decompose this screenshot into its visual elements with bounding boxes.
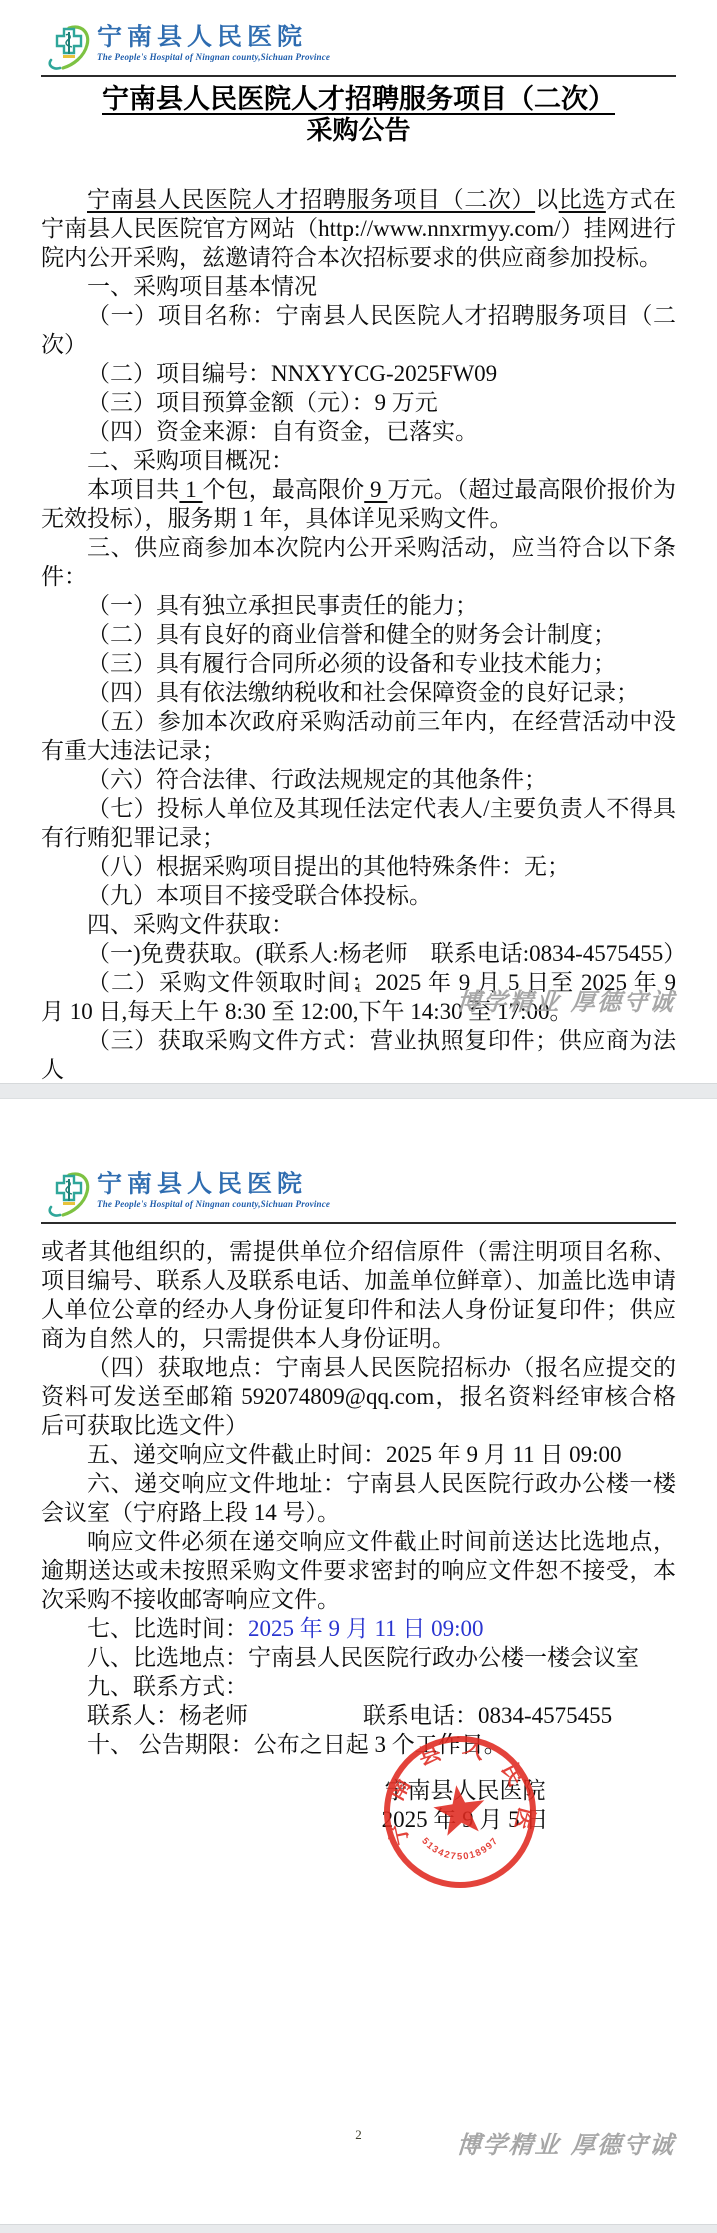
- section3-item: （一）具有独立承担民事责任的能力；: [41, 591, 676, 620]
- section8-heading: 八、比选地点：宁南县人民医院行政办公楼一楼会议室: [41, 1643, 676, 1672]
- page1-body: 宁南县人民医院人才招聘服务项目（二次）以比选方式在宁南县人民医院官方网站（htt…: [41, 185, 676, 1083]
- section3-heading: 三、供应商参加本次院内公开采购活动，应当符合以下条件：: [41, 533, 676, 591]
- section3-item: （九）本项目不接受联合体投标。: [41, 881, 676, 910]
- section2-heading: 二、采购项目概况：: [41, 446, 676, 475]
- official-seal-stamp: 宁南县人民医院 5134275018997: [380, 1732, 540, 1892]
- page2-body: 或者其他组织的，需提供单位介绍信原件（需注明项目名称、项目编号、联系人及联系电话…: [41, 1237, 676, 1759]
- footer-watermark: 博学精业 厚德守诚: [455, 2125, 676, 2160]
- hospital-logo: 宁南县人民医院 The People's Hospital of Ningnan…: [41, 24, 330, 72]
- bid-selection-datetime: 2025 年 9 月 11 日 09:00: [248, 1616, 484, 1641]
- seal-star-icon: [431, 1782, 489, 1837]
- svg-text:5134275018997: 5134275018997: [418, 1826, 503, 1868]
- section3-item: （三）具有履行合同所必须的设备和专业技术能力；: [41, 649, 676, 678]
- page-header: 宁南县人民医院 The People's Hospital of Ningnan…: [41, 0, 676, 77]
- section2-overview: 本项目共 1 个包，最高限价 9 万元。（超过最高限价报价为无效投标），服务期 …: [41, 475, 676, 533]
- hospital-name-cn: 宁南县人民医院: [97, 1172, 330, 1196]
- document-page-1: 宁南县人民医院 The People's Hospital of Ningnan…: [0, 0, 717, 1083]
- section3-item: （四）具有依法缴纳税收和社会保障资金的良好记录；: [41, 678, 676, 707]
- viewport-bottom-band: [0, 2224, 717, 2233]
- section1-item: （二）项目编号：NNXYYCG-2025FW09: [41, 359, 676, 388]
- intro-paragraph: 宁南县人民医院人才招聘服务项目（二次）以比选方式在宁南县人民医院官方网站（htt…: [41, 185, 676, 272]
- section4-item: （三）获取采购文件方式：营业执照复印件；供应商为法人: [41, 1026, 676, 1083]
- section3-item: （二）具有良好的商业信誉和健全的财务会计制度；: [41, 620, 676, 649]
- contact-line: 联系人：杨老师 联系电话：0834-4575455: [41, 1701, 676, 1730]
- section4-item: （四）获取地点：宁南县人民医院招标办（报名应提交的资料可发送至邮箱 592074…: [41, 1353, 676, 1440]
- section1-item: （一）项目名称：宁南县人民医院人才招聘服务项目（二次）: [41, 301, 676, 359]
- document-title: 宁南县人民医院人才招聘服务项目（二次）: [41, 84, 676, 114]
- section3-item: （六）符合法律、行政法规规定的其他条件；: [41, 765, 676, 794]
- hospital-name-en: The People's Hospital of Ningnan county,…: [97, 53, 330, 62]
- section3-item: （七）投标人单位及其现任法定代表人/主要负责人不得具有行贿犯罪记录；: [41, 794, 676, 852]
- continuation-paragraph: 或者其他组织的，需提供单位介绍信原件（需注明项目名称、项目编号、联系人及联系电话…: [41, 1237, 676, 1353]
- hospital-logo-icon: [41, 1171, 91, 1219]
- seal-digits: 5134275018997: [418, 1826, 503, 1868]
- page-separator: [0, 1083, 717, 1099]
- hospital-logo-text: 宁南县人民医院 The People's Hospital of Ningnan…: [97, 24, 330, 62]
- document-page-2: 宁南县人民医院 The People's Hospital of Ningnan…: [0, 1099, 717, 2224]
- section3-item: （五）参加本次政府采购活动前三年内，在经营活动中没有重大违法记录；: [41, 707, 676, 765]
- document-subtitle: 采购公告: [41, 117, 676, 145]
- deadline-note: 响应文件必须在递交响应文件截止时间前送达比选地点，逾期送达或未按照采购文件要求密…: [41, 1527, 676, 1614]
- section7-heading: 七、比选时间：2025 年 9 月 11 日 09:00: [41, 1614, 676, 1643]
- hospital-logo-text: 宁南县人民医院 The People's Hospital of Ningnan…: [97, 1171, 330, 1209]
- section1-item: （三）项目预算金额（元）：9 万元: [41, 388, 676, 417]
- section4-heading: 四、采购文件获取：: [41, 910, 676, 939]
- section10-heading: 十、 公告期限：公布之日起 3 个工作日。: [41, 1730, 676, 1759]
- section5-heading: 五、递交响应文件截止时间：2025 年 9 月 11 日 09:00: [41, 1440, 676, 1469]
- section1-heading: 一、采购项目基本情况: [41, 272, 676, 301]
- section4-item: （一)免费获取。(联系人:杨老师 联系电话:0834-4575455）: [41, 939, 676, 968]
- page-header: 宁南县人民医院 The People's Hospital of Ningnan…: [41, 1099, 676, 1224]
- section3-item: （八）根据采购项目提出的其他特殊条件：无；: [41, 852, 676, 881]
- section9-heading: 九、联系方式：: [41, 1672, 676, 1701]
- hospital-name-en: The People's Hospital of Ningnan county,…: [97, 1200, 330, 1209]
- hospital-logo-icon: [41, 24, 91, 72]
- hospital-logo: 宁南县人民医院 The People's Hospital of Ningnan…: [41, 1171, 330, 1219]
- hospital-name-cn: 宁南县人民医院: [97, 25, 330, 49]
- footer-watermark: 博学精业 厚德守诚: [455, 982, 676, 1017]
- section1-item: （四）资金来源：自有资金，已落实。: [41, 417, 676, 446]
- section6-heading: 六、递交响应文件地址：宁南县人民医院行政办公楼一楼会议室（宁府路上段 14 号）…: [41, 1469, 676, 1527]
